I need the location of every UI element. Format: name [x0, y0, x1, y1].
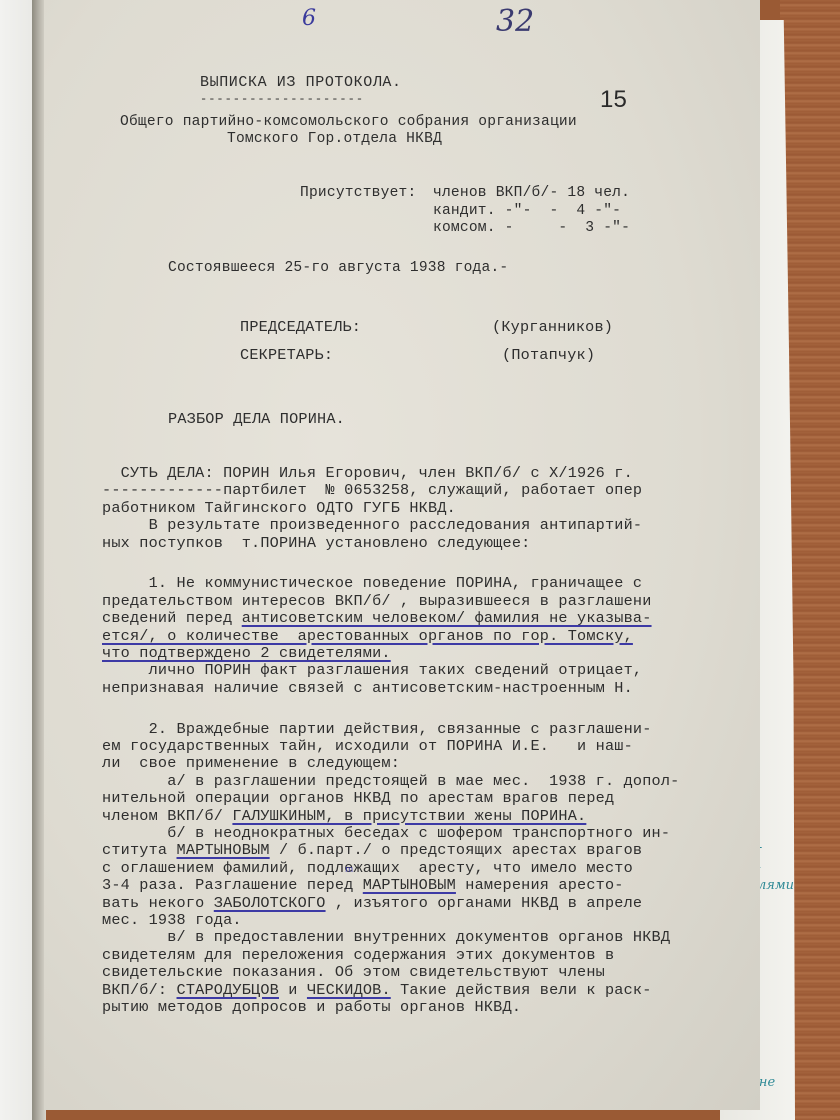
- body-line: предательством интересов ВКП/б/ , вырази…: [102, 592, 652, 610]
- pencil-mark: ᵐ: [345, 864, 354, 880]
- body-line: ли свое применение в следующем:: [102, 754, 400, 772]
- typewritten-protocol-sheet: 6 32 ВЫПИСКА ИЗ ПРОТОКОЛА. -------------…: [44, 0, 760, 1110]
- subtitle-line-2: Томского Гор.отдела НКВД: [227, 131, 442, 147]
- attendance-row: комсом. - - 3 -"-: [433, 220, 630, 236]
- body-line: нительной операции органов НКВД по арест…: [102, 789, 614, 807]
- body-line: 3-4 раза. Разглашение перед МАРТЫНОВЫМ н…: [102, 876, 624, 894]
- page-number: 15: [600, 86, 627, 114]
- body-line: мес. 1938 года.: [102, 911, 242, 929]
- handwritten-number-right: 32: [496, 4, 534, 39]
- pencil-underline: ЗАБОЛОТСКОГО: [214, 894, 326, 912]
- body-line: -------------партбилет № 0653258, служащ…: [102, 481, 642, 499]
- body-line: рытию методов допросов и работы органов …: [102, 998, 521, 1016]
- document-title: ВЫПИСКА ИЗ ПРОТОКОЛА.: [200, 74, 402, 91]
- body-line: свидетелям для переложения содержания эт…: [102, 946, 614, 964]
- attendance-row: членов ВКП/б/- 18 чел.: [433, 185, 630, 201]
- attendance-row: кандит. -"- - 4 -"-: [433, 203, 621, 219]
- body-line: б/ в неоднократных беседах с шофером тра…: [102, 824, 670, 842]
- pencil-underline: ется/, о количестве арестованных органов…: [102, 627, 633, 645]
- case-title: РАЗБОР ДЕЛА ПОРИНА.: [168, 410, 345, 428]
- body-line: а/ в разглашении предстоящей в мае мес. …: [102, 772, 679, 790]
- body-line: СУТЬ ДЕЛА: ПОРИН Илья Егорович, член ВКП…: [102, 464, 633, 482]
- body-line: ных поступков т.ПОРИНА установлено следу…: [102, 534, 530, 552]
- body-line: в/ в предоставлении внутренних документо…: [102, 928, 670, 946]
- body-line: сведений перед антисоветским человеком/ …: [102, 609, 652, 627]
- handwritten-number-left: 6: [302, 6, 316, 31]
- body-line: с оглашением фамилий, подлежащих аресту,…: [102, 859, 633, 877]
- body-line: лично ПОРИН факт разглашения таких сведе…: [102, 661, 642, 679]
- pencil-underline: МАРТЫНОВЫМ: [363, 876, 456, 894]
- body-line: 1. Не коммунистическое поведение ПОРИНА,…: [102, 574, 642, 592]
- body-line: ститута МАРТЫНОВЫМ / б.парт./ о предстоя…: [102, 841, 642, 859]
- pencil-underline: ГАЛУШКИНЫМ, в присутствии жены ПОРИНА.: [232, 807, 586, 825]
- secretary-name: (Потапчук): [502, 346, 595, 364]
- body-line: ем государственных тайн, исходили от ПОР…: [102, 737, 633, 755]
- body-line: что подтверждено 2 свидетелями.: [102, 644, 391, 662]
- subtitle-line-1: Общего партийно-комсомольского собрания …: [120, 114, 577, 130]
- body-line: членом ВКП/б/ ГАЛУШКИНЫМ, в присутствии …: [102, 807, 586, 825]
- chairman-role: ПРЕДСЕДАТЕЛЬ:: [240, 318, 361, 336]
- body-line: работником Тайгинского ОДТО ГУГБ НКВД.: [102, 499, 456, 517]
- body-line: 2. Враждебные партии действия, связанные…: [102, 720, 652, 738]
- attendance-label: Присутствует:: [300, 185, 416, 201]
- chairman-name: (Курганников): [492, 318, 613, 336]
- secretary-role: СЕКРЕТАРЬ:: [240, 346, 333, 364]
- meeting-date: Состоявшееся 25-го августа 1938 года.-: [168, 260, 508, 276]
- pencil-underline: МАРТЫНОВЫМ: [177, 841, 270, 859]
- pencil-underline: что подтверждено 2 свидетелями.: [102, 644, 391, 662]
- body-line: свидетельские показания. Об этом свидете…: [102, 963, 605, 981]
- body-line: вать некого ЗАБОЛОТСКОГО , изъятого орга…: [102, 894, 642, 912]
- body-line: ВКП/б/: СТАРОДУБЦОВ и ЧЕСКИДОВ. Такие де…: [102, 981, 652, 999]
- title-rule: --------------------: [200, 92, 364, 106]
- pencil-underline: ЧЕСКИДОВ.: [307, 981, 391, 999]
- pencil-underline: антисоветским человеком/ фамилия не указ…: [242, 609, 652, 627]
- body-line: непризнавая наличие связей с антисоветск…: [102, 679, 633, 697]
- body-line: ется/, о количестве арестованных органов…: [102, 627, 633, 645]
- body-line: В результате произведенного расследовани…: [102, 516, 642, 534]
- pencil-underline: СТАРОДУБЦОВ: [177, 981, 279, 999]
